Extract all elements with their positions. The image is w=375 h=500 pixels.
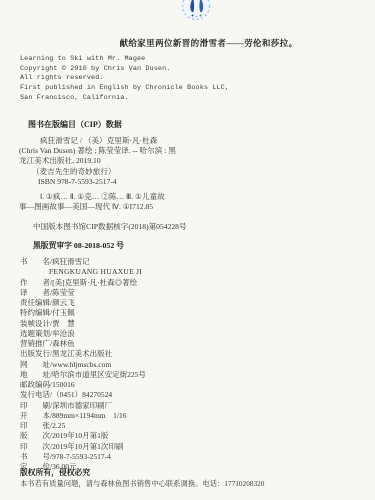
colophon-row-postcode: 邮政编码/150016 xyxy=(20,380,146,390)
colophon-label: 印 刷 xyxy=(20,401,50,411)
dedication-text: 献给家里两位新晋的滑雪者——劳伦和莎拉。 xyxy=(0,37,375,49)
colophon-row-impression: 印 次/2019年10月第1次印刷 xyxy=(20,442,146,452)
colophon-row-marketing: 营销推广/森林鱼 xyxy=(20,339,146,349)
colophon-row-editor: 责任编辑/颜云飞 xyxy=(20,298,146,308)
colophon-label: 书 号 xyxy=(20,452,50,462)
colophon-list: 书 名/疯狂滑雪记 FENGKUANG HUAXUE JI 作 者/[美]克里斯… xyxy=(20,257,146,472)
colophon-row-address: 地 址/哈尔滨市道里区安定街225号 xyxy=(20,370,146,380)
colophon-label: 开 本 xyxy=(20,411,50,421)
colophon-label: 选题策划 xyxy=(20,329,50,339)
quality-service-line: 本书若有质量问题，请与森林鱼图书销售中心联系调换。电话：17710208320 xyxy=(20,479,264,489)
colophon-row-publisher: 出版发行/黑龙江美术出版社 xyxy=(20,349,146,359)
colophon-value: 978-7-5593-2517-4 xyxy=(52,452,111,461)
colophon-value: www.hljmscbs.com xyxy=(52,360,111,369)
colophon-value: 疯狂滑雪记 xyxy=(52,257,90,266)
english-copyright-line: All rights reserved. xyxy=(20,74,229,84)
colophon-label: 出版发行 xyxy=(20,349,50,359)
publisher-logo-icon xyxy=(177,0,217,27)
english-copyright-block: Learning to Ski with Mr. Magee Copyright… xyxy=(20,55,229,104)
colophon-value: 付玉佩 xyxy=(52,308,75,317)
colophon-value: 颜云飞 xyxy=(52,298,75,307)
colophon-row-special-editor: 特约编辑/付玉佩 xyxy=(20,308,146,318)
colophon-value: 哈尔滨市道里区安定街225号 xyxy=(52,370,146,379)
colophon-row-planner: 选题策划/牟沧浪 xyxy=(20,329,146,339)
colophon-value: 贾 慧 xyxy=(52,319,75,328)
cip-line: (Chris Van Dusen) 著绘 ; 陈莹莹译. -- 哈尔滨 : 黑 xyxy=(19,146,264,156)
colophon-row-isbn: 书 号/978-7-5593-2517-4 xyxy=(20,452,146,462)
colophon-value: （0451）84270524 xyxy=(52,390,112,399)
colophon-value: 陈莹莹 xyxy=(52,288,75,297)
cip-line: 龙江美术出版社, 2019.10 xyxy=(19,156,264,166)
colophon-row-phone: 发行电话/（0451）84270524 xyxy=(20,390,146,400)
cip-line: 疯狂滑雪记 / （美）克里斯·凡·杜森 xyxy=(19,136,264,146)
colophon-label: 装帧设计 xyxy=(20,319,50,329)
colophon-row-translator: 译 者/陈莹莹 xyxy=(20,288,146,298)
colophon-row-printer: 印 刷/深圳市德家印刷厂 xyxy=(20,401,146,411)
colophon-label: 版 次 xyxy=(20,431,50,441)
colophon-value: 2019年10月第1版 xyxy=(52,431,108,440)
colophon-value: 森林鱼 xyxy=(52,339,75,348)
colophon-row-sheets: 印 张/2.25 xyxy=(20,421,146,431)
cip-classification-line: Ⅰ. ①疯… Ⅱ. ①克… ②陈… Ⅲ. ①儿童故 xyxy=(19,192,264,202)
cip-description-block: 疯狂滑雪记 / （美）克里斯·凡·杜森 (Chris Van Dusen) 著绘… xyxy=(19,136,264,212)
cip-header: 图书在版编目（CIP）数据 xyxy=(28,119,122,130)
colophon-label: 邮政编码 xyxy=(20,380,50,390)
colophon-label: 作 者 xyxy=(20,278,50,288)
copyright-page: 献给家里两位新晋的滑雪者——劳伦和莎拉。 Learning to Ski wit… xyxy=(0,0,375,500)
colophon-label: 营销推广 xyxy=(20,339,50,349)
english-copyright-line: First published in English by Chronicle … xyxy=(20,84,229,94)
colophon-label: 地 址 xyxy=(20,370,50,380)
colophon-row-designer: 装帧设计/贾 慧 xyxy=(20,319,146,329)
english-copyright-line: Learning to Ski with Mr. Magee xyxy=(20,55,229,65)
colophon-label: 印 张 xyxy=(20,421,50,431)
colophon-label: 印 次 xyxy=(20,442,50,452)
colophon-label: 网 址 xyxy=(20,360,50,370)
colophon-value: 2019年10月第1次印刷 xyxy=(52,442,123,451)
colophon-label: 责任编辑 xyxy=(20,298,50,308)
colophon-value: 牟沧浪 xyxy=(52,329,75,338)
colophon-value: 889mm×1194mm 1/16 xyxy=(52,411,126,420)
colophon-row-author: 作 者/[美]克里斯·凡·杜森◎著绘 xyxy=(20,278,146,288)
cip-series-title: （麦吉先生的奇妙旅行） xyxy=(19,167,264,177)
colophon-value: 黑龙江美术出版社 xyxy=(52,349,112,358)
colophon-value: 2.25 xyxy=(52,421,65,430)
colophon-value: 深圳市德家印刷厂 xyxy=(52,401,112,410)
colophon-value: [美]克里斯·凡·杜森◎著绘 xyxy=(52,278,137,287)
colophon-label: 特约编辑 xyxy=(20,308,50,318)
colophon-row-format: 开 本/889mm×1194mm 1/16 xyxy=(20,411,146,421)
copyright-notice: 版权所有，侵权必究 xyxy=(20,467,90,478)
trade-registration-number: 黑版贸审字 08-2018-052 号 xyxy=(33,240,124,251)
colophon-row-website: 网 址/www.hljmscbs.com xyxy=(20,360,146,370)
colophon-value: 150016 xyxy=(52,380,75,389)
english-copyright-line: San Francisco, California. xyxy=(20,94,229,104)
english-copyright-line: Copyright © 2010 by Chris Van Dusen. xyxy=(20,65,229,75)
cip-classification-line: 事—图画故事—美国—现代 Ⅳ. ①I712.85 xyxy=(19,202,264,212)
colophon-label: 书 名 xyxy=(20,257,50,267)
cip-record-number: 中国版本图书馆CIP数据核字(2018)第054228号 xyxy=(33,221,187,232)
colophon-row-title: 书 名/疯狂滑雪记 xyxy=(20,257,146,267)
colophon-label: 发行电话 xyxy=(20,390,50,400)
colophon-title-pinyin: FENGKUANG HUAXUE JI xyxy=(20,267,146,277)
colophon-row-edition: 版 次/2019年10月第1版 xyxy=(20,431,146,441)
colophon-label: 译 者 xyxy=(20,288,50,298)
cip-isbn: ISBN 978-7-5593-2517-4 xyxy=(19,177,264,187)
